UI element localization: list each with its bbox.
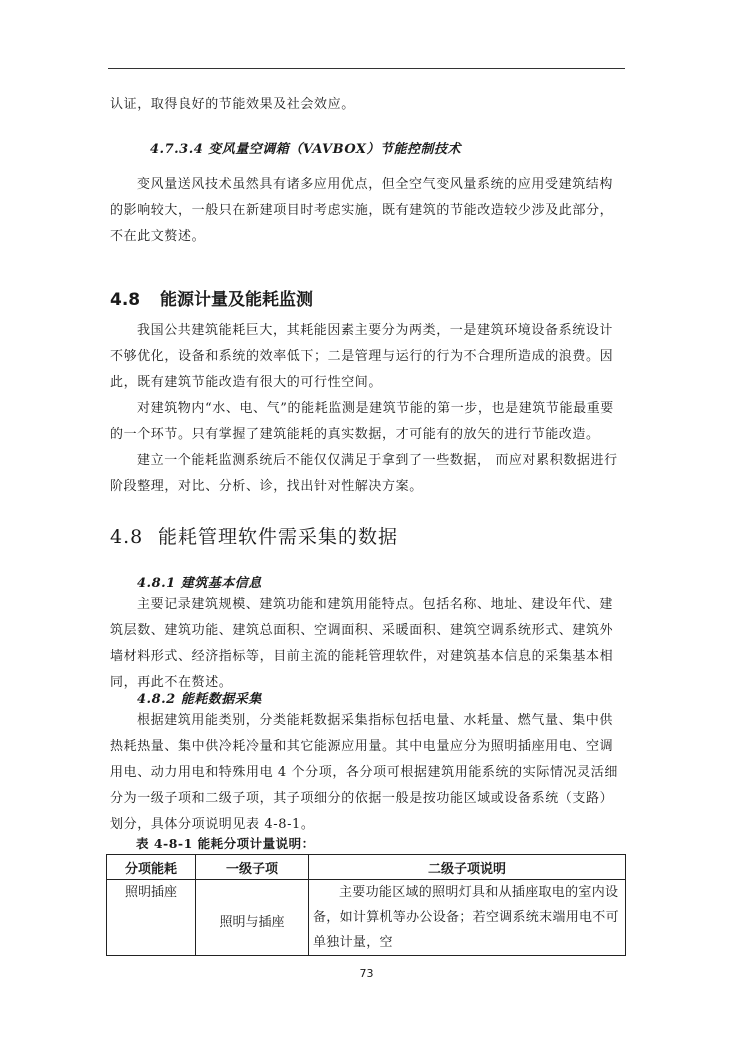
heading-title: 能耗管理软件需采集的数据	[158, 526, 398, 548]
heading-4-8-software-data: 4.8能耗管理软件需采集的数据	[110, 522, 398, 549]
energy-submetering-table: 分项能耗 一级子项 二级子项说明 照明插座 照明与插座 主要功能区域的照明灯具和…	[106, 854, 626, 956]
table-row: 照明插座 照明与插座 主要功能区域的照明灯具和从插座取电的室内设备，如计算机等办…	[107, 880, 626, 956]
paragraph-energy-1: 我国公共建筑能耗巨大，其耗能因素主要分为两类，一是建筑环境设备系统设计不够优化，…	[110, 318, 623, 396]
paragraph-energy-2: 对建筑物内“水、电、气”的能耗监测是建筑节能的第一步，也是建筑节能最重要的一个环…	[110, 396, 623, 448]
heading-4-8-1: 4.8.1 建筑基本信息	[137, 572, 262, 591]
column-header: 二级子项说明	[309, 855, 626, 880]
heading-number: 4.8	[110, 290, 160, 310]
paragraph-building-info: 主要记录建筑规模、建筑功能和建筑用能特点。包括名称、地址、建设年代、建筑层数、建…	[110, 592, 623, 696]
table-cell: 主要功能区域的照明灯具和从插座取电的室内设备，如计算机等办公设备；若空调系统末端…	[309, 880, 626, 956]
paragraph-vav: 变风量送风技术虽然具有诸多应用优点，但全空气变风量系统的应用受建筑结构的影响较大…	[110, 172, 623, 250]
heading-title: 能源计量及能耗监测	[160, 290, 313, 310]
heading-4-8-2: 4.8.2 能耗数据采集	[137, 688, 262, 707]
heading-number: 4.8	[110, 526, 158, 548]
paragraph-energy-data: 根据建筑用能类别，分类能耗数据采集指标包括电量、水耗量、燃气量、集中供热耗热量、…	[110, 708, 623, 838]
header-rule	[108, 68, 625, 69]
heading-4-7-3-4: 4.7.3.4 变风量空调箱（VAVBOX）节能控制技术	[150, 138, 461, 157]
heading-4-8-energy-metering: 4.8能源计量及能耗监测	[110, 285, 313, 310]
table-header-row: 分项能耗 一级子项 二级子项说明	[107, 855, 626, 880]
page-number: 73	[0, 967, 733, 980]
column-header: 分项能耗	[107, 855, 196, 880]
table-cell: 照明插座	[107, 880, 196, 956]
table-caption: 表 4-8-1 能耗分项计量说明：	[136, 834, 315, 852]
column-header: 一级子项	[196, 855, 309, 880]
table-cell: 照明与插座	[196, 880, 309, 956]
paragraph-energy-3: 建立一个能耗监测系统后不能仅仅满足于拿到了一些数据， 而应对累积数据进行阶段整理…	[110, 448, 623, 500]
paragraph-carryover: 认证，取得良好的节能效果及社会效应。	[110, 92, 623, 118]
